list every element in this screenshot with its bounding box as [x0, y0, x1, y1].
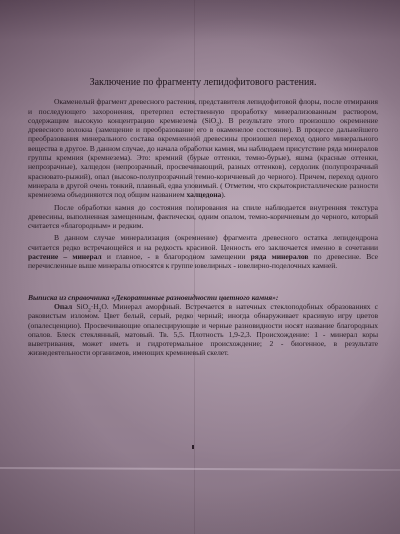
paragraph-3-text: В данном случае минерализация (окремнени… — [28, 233, 378, 251]
bold-plant-mineral: растение – минерал — [28, 252, 102, 261]
formula-part: ·H — [91, 302, 99, 311]
bold-term-chalcedony: халцедона — [186, 190, 221, 199]
extract-heading: Выписка из справочника «Декоративные раз… — [28, 293, 378, 302]
opal-entry: Опал SiO2·H2O. Минерал аморфный. Встреча… — [28, 302, 378, 358]
opal-label: Опал — [54, 302, 72, 311]
paragraph-3-text-cont: и главное, - в благородном замещении — [102, 252, 251, 261]
paragraph-1-text-cont: ). В результате этого произошло окремнен… — [28, 116, 378, 199]
paragraph-1-end: ). — [221, 190, 225, 199]
formula: SiO — [76, 302, 88, 311]
document-page: Заключение по фрагменту лепидофитового р… — [28, 78, 378, 358]
bold-mineral-series: ряда минералов — [251, 252, 309, 261]
dust-speck — [192, 445, 194, 449]
formula-end: O. — [101, 302, 108, 311]
paragraph-2: После обработки камня до состояния полир… — [28, 203, 378, 231]
paragraph-3: В данном случае минерализация (окремнени… — [28, 233, 378, 270]
paragraph-1: Окаменелый фрагмент древесного растения,… — [28, 97, 378, 199]
document-title: Заключение по фрагменту лепидофитового р… — [28, 78, 378, 87]
opal-description: Минерал аморфный. Встречается в натечных… — [28, 302, 378, 357]
